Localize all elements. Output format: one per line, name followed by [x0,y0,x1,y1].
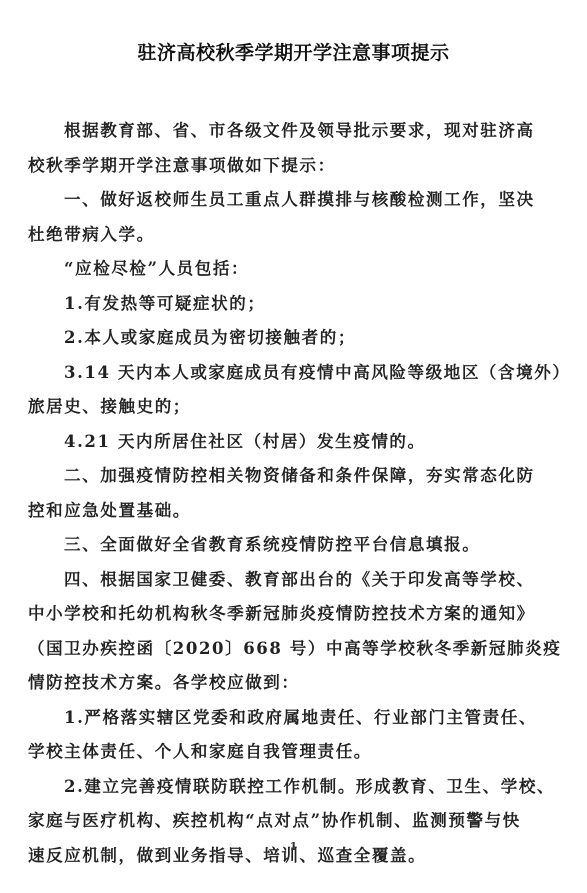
text-line: 3.14 天内本人或家庭成员有疫情中高风险等级地区（含境外） [28,356,563,391]
text-line: 杜绝带病入学。 [28,218,563,253]
text-line: 控和应急处置基础。 [28,494,563,529]
page-number: 1 [0,840,587,853]
text-line: 4.21 天内所居住社区（村居）发生疫情的。 [28,425,563,460]
text-line: 1.严格落实辖区党委和政府属地责任、行业部门主管责任、 [28,701,563,736]
text-line: 2.本人或家庭成员为密切接触者的； [28,321,563,356]
text-line: 学校主体责任、个人和家庭自我管理责任。 [28,735,563,770]
text-line: 旅居史、接触史的； [28,390,563,425]
text-line: 四、根据国家卫健委、教育部出台的《关于印发高等学校、 [28,563,563,598]
text-line: 情防控技术方案。各学校应做到： [28,666,563,701]
text-line: 2.建立完善疫情联防联控工作机制。形成教育、卫生、学校、 [28,770,563,805]
document-page: 驻济高校秋季学期开学注意事项提示 根据教育部、省、市各级文件及领导批示要求，现对… [0,0,587,893]
text-line: 三、全面做好全省教育系统疫情防控平台信息填报。 [28,528,563,563]
text-line: 一、做好返校师生员工重点人群摸排与核酸检测工作，坚决 [28,183,563,218]
text-line: 根据教育部、省、市各级文件及领导批示要求，现对驻济高 [28,114,563,149]
text-line: 二、加强疫情防控相关物资储备和条件保障，夯实常态化防 [28,459,563,494]
document-title: 驻济高校秋季学期开学注意事项提示 [0,38,587,65]
text-line: “应检尽检”人员包括： [28,252,563,287]
text-line: 校秋季学期开学注意事项做如下提示： [28,149,563,184]
document-body: 根据教育部、省、市各级文件及领导批示要求，现对驻济高校秋季学期开学注意事项做如下… [28,114,563,873]
text-line: （国卫办疾控函〔2020〕668 号）中高等学校秋冬季新冠肺炎疫 [28,632,563,667]
text-line: 家庭与医疗机构、疾控机构“点对点”协作机制、监测预警与快 [28,804,563,839]
text-line: 1.有发热等可疑症状的； [28,287,563,322]
text-line: 中小学校和托幼机构秋冬季新冠肺炎疫情防控技术方案的通知》 [28,597,563,632]
